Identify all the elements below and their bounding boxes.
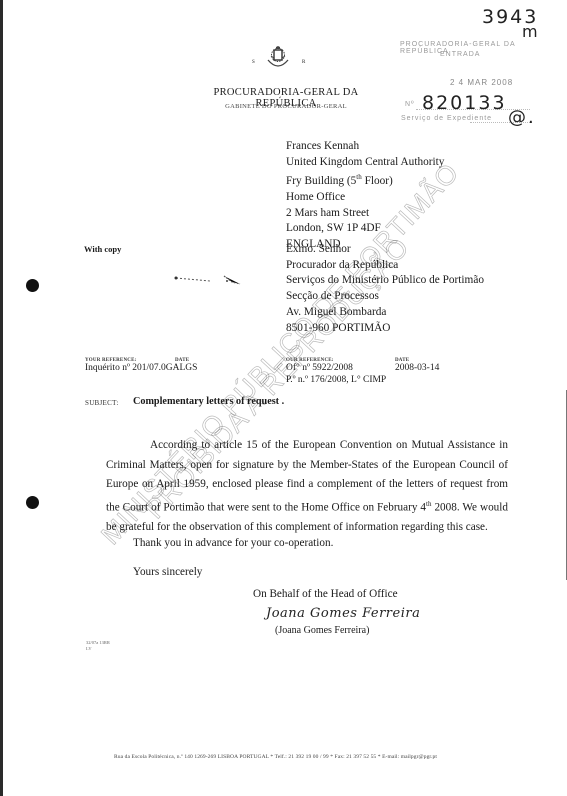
department-name: GABINETE DO PROCURADOR-GERAL [196, 103, 376, 110]
closing: Yours sincerely [133, 566, 202, 578]
registry-number: 820133 [422, 92, 507, 114]
footer-address: Rua da Escola Politécnica, n.º 140 1269-… [114, 754, 437, 760]
recipient-building: Fry Building (5th Floor) [286, 170, 444, 189]
your-reference: Inquérito nº 201/07.0GALGS [85, 363, 197, 373]
body-paragraph-1: According to article 15 of the European … [106, 436, 508, 538]
copy-salutation: Exmo. Senhor [286, 242, 484, 258]
signatory-name: (Joana Gomes Ferreira) [275, 625, 369, 636]
with-copy-label: With copy [84, 244, 121, 254]
file-code-1: 32/07a 13RR [86, 640, 110, 645]
recipient-org: United Kingdom Central Authority [286, 155, 444, 171]
recipient-address: Frances Kennah United Kingdom Central Au… [286, 139, 444, 253]
our-reference-2: P.º n.º 176/2008, L° CIMP [286, 375, 386, 385]
emblem-letter-r: R [302, 60, 305, 65]
recipient-name: Frances Kennah [286, 139, 444, 155]
letter-body: According to article 15 of the European … [106, 436, 508, 538]
body-paragraph-2: Thank you in advance for your co-operati… [133, 537, 333, 549]
scan-smudge [170, 272, 250, 297]
scan-edge-left [0, 0, 3, 796]
recipient-street: 2 Mars ham Street [286, 206, 444, 222]
registry-mark: @. [508, 107, 536, 128]
handwritten-signature: Joana Gomes Ferreira [266, 606, 420, 621]
stamp-date: 2 4 MAR 2008 [450, 78, 513, 87]
on-behalf-line: On Behalf of the Head of Office [253, 588, 398, 600]
copy-street: Av. Miguel Bombarda [286, 305, 484, 321]
stamp-footer: Serviço de Expediente [401, 115, 492, 122]
emblem-letter-s: S [252, 60, 255, 65]
copy-section: Secção de Processos [286, 289, 484, 305]
our-date: 2008-03-14 [395, 363, 439, 373]
copy-city: 8501-960 PORTIMÃO [286, 321, 484, 337]
punch-hole-bottom [26, 496, 39, 509]
file-code-2: LV [86, 646, 92, 651]
our-reference-1: Of° nº 5922/2008 [286, 363, 353, 373]
stamp-line-2: ENTRADA [440, 51, 480, 58]
handwritten-suffix: m [522, 22, 540, 41]
stamp-number-prefix: Nº [405, 101, 415, 108]
subject-label: SUBJECT: [85, 399, 119, 407]
copy-title: Procurador da República [286, 258, 484, 274]
copy-service: Serviços do Ministério Público de Portim… [286, 273, 484, 289]
subject-text: Complementary letters of request . [133, 396, 284, 407]
copy-address: Exmo. Senhor Procurador da República Ser… [286, 242, 484, 336]
punch-hole-top [26, 279, 39, 292]
recipient-city: London, SW 1P 4DF [286, 221, 444, 237]
recipient-office: Home Office [286, 190, 444, 206]
coat-of-arms-icon [262, 46, 294, 72]
